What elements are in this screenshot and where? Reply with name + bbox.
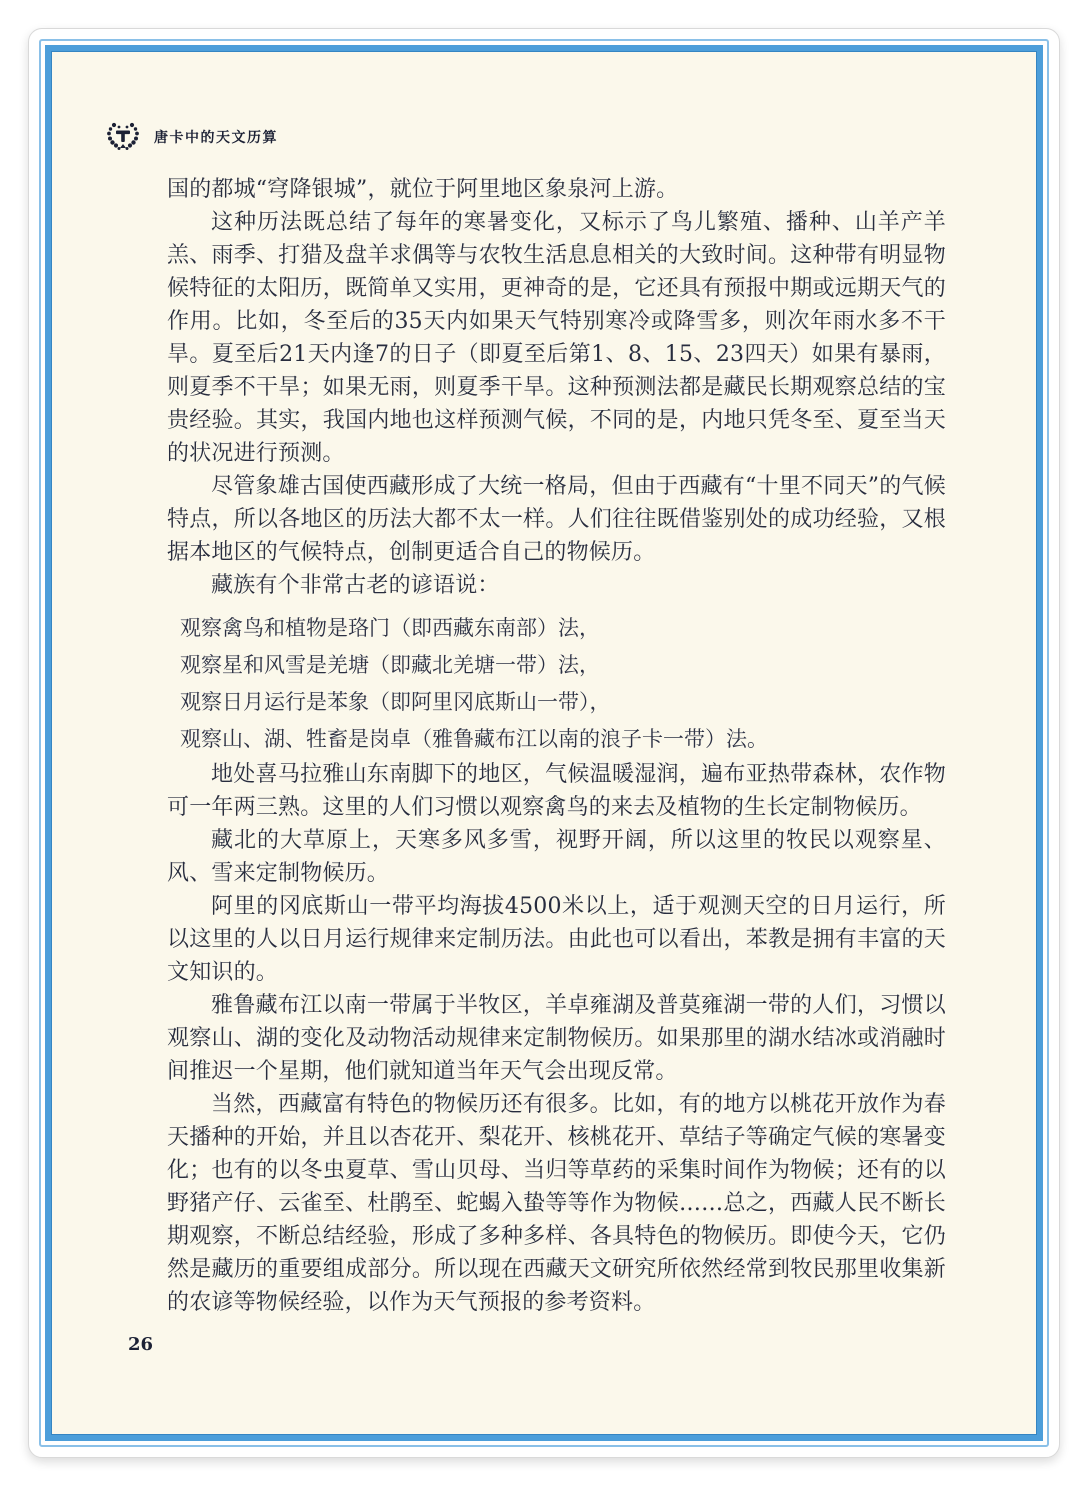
paragraph: 国的都城“穹降银城”，就位于阿里地区象泉河上游。 xyxy=(167,173,946,206)
decorative-frame-outer: 唐卡中的天文历算 国的都城“穹降银城”，就位于阿里地区象泉河上游。这种历法既总结… xyxy=(39,39,1049,1447)
verse-line: 观察星和风雪是羌塘（即藏北羌塘一带）法， xyxy=(180,647,946,684)
verse-line: 观察禽鸟和植物是珞门（即西藏东南部）法， xyxy=(180,610,946,647)
page-number: 26 xyxy=(128,1334,153,1355)
verse-line: 观察山、湖、牲畜是岗卓（雅鲁藏布江以南的浪子卡一带）法。 xyxy=(180,721,946,758)
page-content: 唐卡中的天文历算 国的都城“穹降银城”，就位于阿里地区象泉河上游。这种历法既总结… xyxy=(51,51,1037,1435)
article-body: 国的都城“穹降银城”，就位于阿里地区象泉河上游。这种历法既总结了每年的寒暑变化，… xyxy=(167,173,946,1319)
chapter-header: 唐卡中的天文历算 xyxy=(106,120,278,154)
dot-cluster-emblem-icon xyxy=(106,120,140,154)
paragraph: 当然，西藏富有特色的物候历还有很多。比如，有的地方以桃花开放作为春天播种的开始，… xyxy=(167,1088,946,1319)
book-page: 唐卡中的天文历算 国的都城“穹降银城”，就位于阿里地区象泉河上游。这种历法既总结… xyxy=(28,28,1060,1458)
chapter-title: 唐卡中的天文历算 xyxy=(154,127,278,147)
paragraph: 藏北的大草原上，天寒多风多雪，视野开阔，所以这里的牧民以观察星、风、雪来定制物候… xyxy=(167,824,946,890)
verse-line: 观察日月运行是苯象（即阿里冈底斯山一带）， xyxy=(180,684,946,721)
paragraph: 这种历法既总结了每年的寒暑变化，又标示了鸟儿繁殖、播种、山羊产羊羔、雨季、打猎及… xyxy=(167,206,946,470)
proverb-verse: 观察禽鸟和植物是珞门（即西藏东南部）法，观察星和风雪是羌塘（即藏北羌塘一带）法，… xyxy=(167,610,946,758)
paragraph: 雅鲁藏布江以南一带属于半牧区，羊卓雍湖及普莫雍湖一带的人们，习惯以观察山、湖的变… xyxy=(167,989,946,1088)
paragraph: 藏族有个非常古老的谚语说： xyxy=(167,569,946,602)
paragraph: 地处喜马拉雅山东南脚下的地区，气候温暖湿润，遍布亚热带森林，农作物可一年两三熟。… xyxy=(167,758,946,824)
paragraph: 尽管象雄古国使西藏形成了大统一格局，但由于西藏有“十里不同天”的气候特点，所以各… xyxy=(167,470,946,569)
paragraph: 阿里的冈底斯山一带平均海拔4500米以上，适于观测天空的日月运行，所以这里的人以… xyxy=(167,890,946,989)
decorative-frame-inner: 唐卡中的天文历算 国的都城“穹降银城”，就位于阿里地区象泉河上游。这种历法既总结… xyxy=(45,45,1043,1441)
